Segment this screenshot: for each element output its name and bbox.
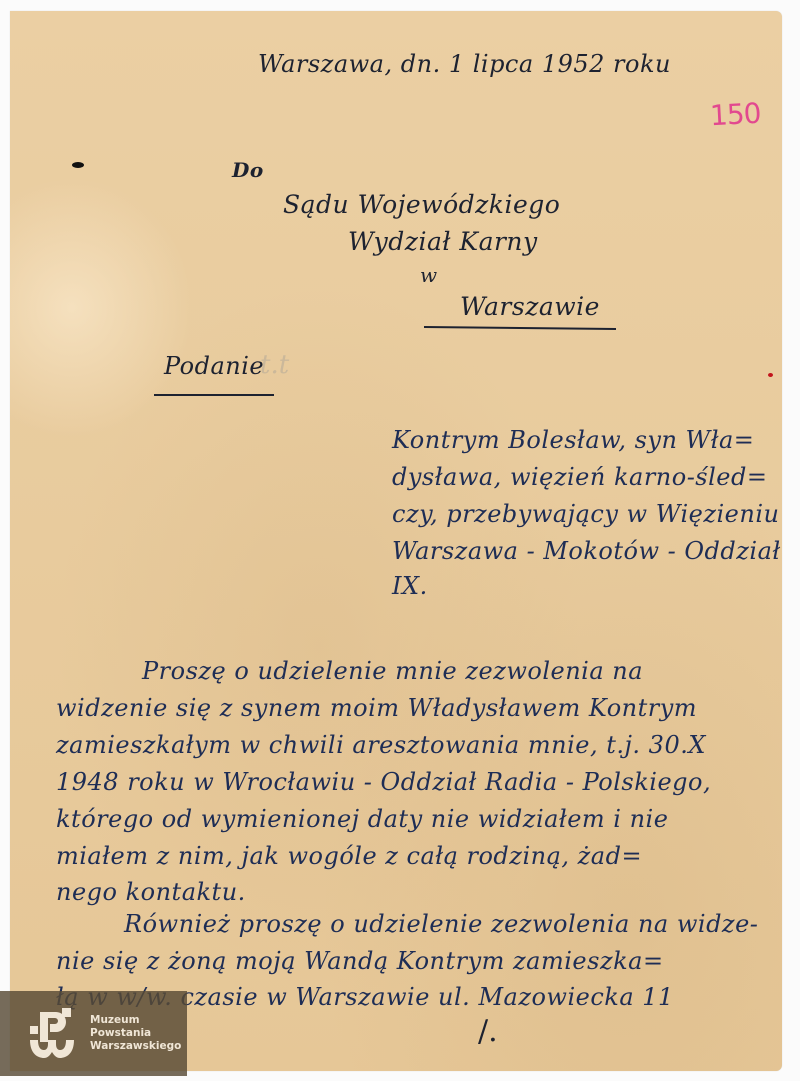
body-line: zamieszkałym w chwili aresztowania mnie,…: [56, 731, 706, 759]
museum-watermark: Muzeum Powstania Warszawskiego: [0, 991, 187, 1076]
body-line: miałem z nim, jak wogóle z całą rodziną,…: [56, 842, 642, 870]
petitioner-line: czy, przebywający w Więzieniu: [392, 500, 779, 528]
body-line: Również proszę o udzielenie zezwolenia n…: [124, 910, 758, 938]
body-line: nie się z żoną moją Wandą Kontrym zamies…: [56, 947, 664, 975]
faint-pencil-note: t.t: [260, 350, 289, 380]
petitioner-line: Warszawa - Mokotów - Oddział: [392, 537, 781, 565]
kotwica-anchor-icon: [24, 1006, 80, 1062]
document-title: Podanie: [164, 352, 264, 380]
end-mark: /.: [478, 1014, 498, 1049]
addressee-department: Wydział Karny: [348, 227, 538, 256]
museum-name-line: Warszawskiego: [90, 1040, 181, 1053]
addressee-prefix: Do: [232, 158, 264, 182]
petitioner-line: IX.: [392, 572, 428, 600]
red-ink-dot: [768, 373, 773, 377]
date-line: Warszawa, dn. 1 lipca 1952 roku: [258, 50, 671, 78]
addressee-court: Sądu Wojewódzkiego: [283, 190, 560, 219]
petitioner-line: dysława, więzień karno-śled=: [392, 463, 767, 491]
body-line: widzenie się z synem moim Władysławem Ko…: [56, 694, 697, 722]
ink-blot: [72, 162, 84, 168]
body-line: nego kontaktu.: [56, 878, 246, 906]
body-line: którego od wymienionej daty nie widziałe…: [56, 805, 668, 833]
museum-name-line: Powstania: [90, 1027, 181, 1040]
museum-name: Muzeum Powstania Warszawskiego: [90, 1014, 181, 1053]
body-line: Proszę o udzielenie mnie zezwolenia na: [142, 657, 643, 685]
petitioner-line: Kontrym Bolesław, syn Wła=: [392, 426, 754, 454]
body-line: 1948 roku w Wrocławiu - Oddział Radia - …: [56, 768, 711, 796]
museum-name-line: Muzeum: [90, 1014, 181, 1027]
addressee-city: Warszawie: [460, 292, 600, 321]
addressee-preposition: w: [420, 263, 438, 287]
page-number: 150: [709, 97, 761, 133]
title-underline: [154, 394, 274, 396]
